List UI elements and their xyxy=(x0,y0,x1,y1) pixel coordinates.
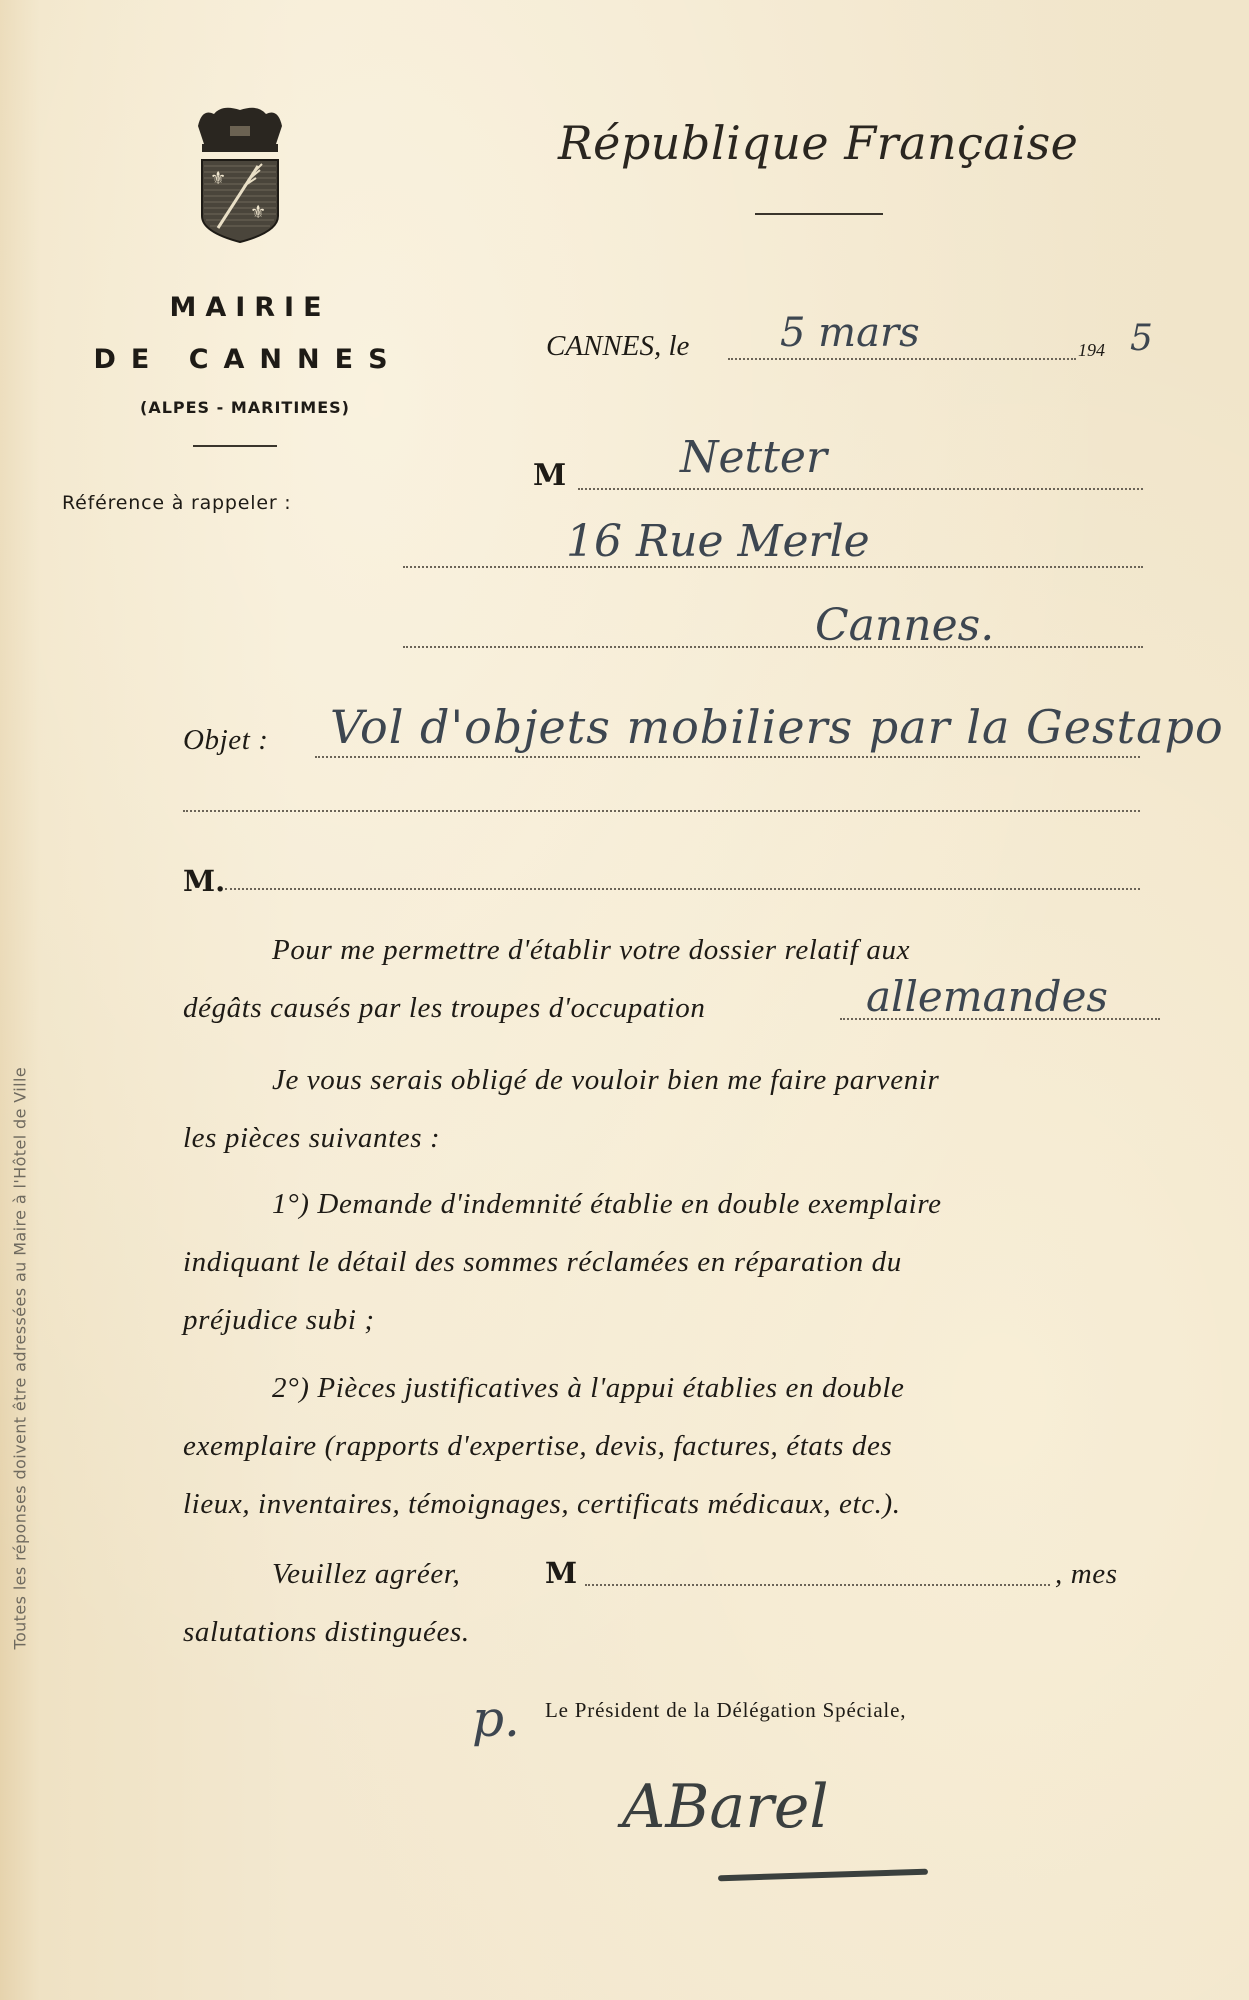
body-item2-line3: lieux, inventaires, témoignages, certifi… xyxy=(183,1488,901,1521)
body-item2-line2: exemplaire (rapports d'expertise, devis,… xyxy=(183,1430,892,1463)
closing-line2: salutations distinguées. xyxy=(183,1616,470,1649)
margin-vertical-note: Toutes les réponses doivent être adressé… xyxy=(11,950,30,1650)
closing-suffix: , mes xyxy=(1055,1558,1118,1591)
objet-handwritten-value: Vol d'objets mobiliers par la Gestapo xyxy=(330,700,1224,754)
recipient-city: Cannes. xyxy=(815,600,994,651)
body-p1-line2: dégâts causés par les troupes d'occupati… xyxy=(183,992,705,1025)
body-item1-line1: 1°) Demande d'indemnité établie en doubl… xyxy=(272,1188,942,1221)
recipient-address: 16 Rue Merle xyxy=(566,516,870,567)
body-item1-line2: indiquant le détail des sommes réclamées… xyxy=(183,1246,902,1279)
occupation-nationality-handwritten: allemandes xyxy=(866,972,1108,1021)
signatory-title: Le Président de la Délégation Spéciale, xyxy=(545,1698,906,1723)
signature-underline xyxy=(718,1869,928,1882)
closing-name-line xyxy=(585,1584,1050,1586)
signature: ABarel xyxy=(622,1772,829,1842)
letterhead-department: (ALPES - MARITIMES) xyxy=(110,398,380,417)
heading-divider xyxy=(755,213,883,215)
recipient-name: Netter xyxy=(680,432,827,483)
year-prefix: 194 xyxy=(1078,340,1105,361)
date-handwritten-value: 5 mars xyxy=(780,310,920,356)
closing-prefix: Veuillez agréer, xyxy=(272,1558,460,1591)
body-p2-line1: Je vous serais obligé de vouloir bien me… xyxy=(272,1064,939,1097)
objet-label: Objet : xyxy=(183,724,269,757)
letterhead-line-1: MAIRIE xyxy=(130,292,370,323)
body-item2-line1: 2°) Pièces justificatives à l'appui étab… xyxy=(272,1372,904,1405)
recipient-name-line xyxy=(578,488,1143,490)
cannes-coat-of-arms-icon: ⚜ ⚜ xyxy=(192,104,288,244)
greeting-line xyxy=(225,888,1140,890)
letterhead-divider xyxy=(193,445,277,447)
letterhead-line-2: DE CANNES xyxy=(58,344,438,375)
per-procuration-mark: p. xyxy=(472,1690,520,1748)
svg-text:⚜: ⚜ xyxy=(210,168,226,189)
closing-M: M xyxy=(545,1556,577,1590)
body-p1-line1: Pour me permettre d'établir votre dossie… xyxy=(272,934,910,967)
recipient-city-line xyxy=(403,646,1143,648)
body-item1-line3: préjudice subi ; xyxy=(183,1304,375,1337)
svg-text:⚜: ⚜ xyxy=(250,202,266,223)
year-handwritten-digit: 5 xyxy=(1130,318,1153,359)
objet-line-2 xyxy=(183,810,1140,812)
republic-heading: République Française xyxy=(558,116,1078,170)
date-field-line xyxy=(728,358,1076,360)
objet-line-1 xyxy=(315,756,1140,758)
date-prefix: CANNES, le xyxy=(546,330,689,363)
body-p2-line2: les pièces suivantes : xyxy=(183,1122,440,1155)
greeting-label: M. xyxy=(183,864,225,898)
recipient-salutation: M xyxy=(533,458,566,493)
reference-label: Référence à rappeler : xyxy=(62,492,292,514)
